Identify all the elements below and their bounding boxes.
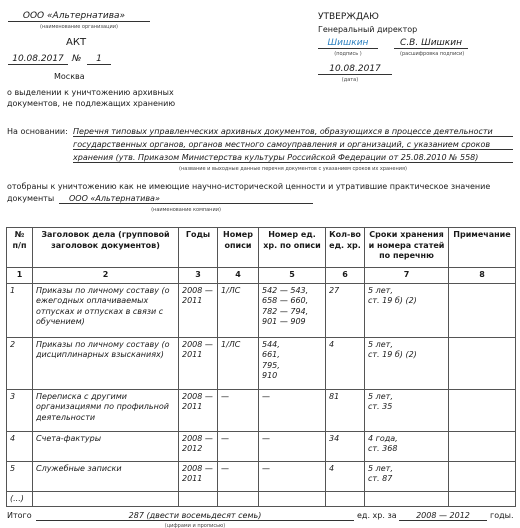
table-row: (...) <box>7 491 516 507</box>
column-number: 6 <box>326 268 365 284</box>
row-title: Служебные записки <box>33 461 179 491</box>
date-caption: (дата) <box>318 77 382 83</box>
row-note <box>449 389 516 431</box>
column-number: 3 <box>179 268 218 284</box>
column-number: 7 <box>365 268 449 284</box>
total-units-label: ед. хр. за <box>357 511 397 520</box>
total-period: 2008 — 2012 <box>399 511 487 521</box>
number-sign: № <box>72 54 81 64</box>
column-number: 5 <box>259 268 326 284</box>
header-term: Сроки хранения и номера статей по перечн… <box>365 228 449 268</box>
act-number: 1 <box>87 54 111 65</box>
column-number: 8 <box>449 268 516 284</box>
basis-line2: государственных органов, органов местног… <box>73 140 513 150</box>
row-term <box>365 491 449 507</box>
row-count: 81 <box>326 389 365 431</box>
row-inventory: — <box>218 461 259 491</box>
organization-caption: (наименование организации) <box>8 24 150 30</box>
row-note <box>449 337 516 389</box>
column-numbers-row: 1 2 3 4 5 6 7 8 <box>7 268 516 284</box>
header-title: Заголовок дела (групповой заголовок доку… <box>33 228 179 268</box>
row-number: 4 <box>7 431 33 461</box>
row-years: 2008 — 2011 <box>179 283 218 337</box>
row-term: 4 года, ст. 368 <box>365 431 449 461</box>
row-count: 4 <box>326 461 365 491</box>
basis-line3: хранения (утв. Приказом Министерства кул… <box>73 153 513 163</box>
selection-label: документы <box>7 194 54 203</box>
documents-table: № п/п Заголовок дела (групповой заголово… <box>6 227 516 507</box>
row-count: 4 <box>326 337 365 389</box>
row-number: 1 <box>7 283 33 337</box>
row-units: — <box>259 461 326 491</box>
row-note <box>449 491 516 507</box>
row-inventory <box>218 491 259 507</box>
row-units: — <box>259 431 326 461</box>
act-subject-line1: о выделении к уничтожению архивных <box>7 88 174 97</box>
basis-caption: (название и выходные данные перечня доку… <box>73 166 513 172</box>
document-type: АКТ <box>66 37 86 48</box>
row-years: 2008 — 2011 <box>179 389 218 431</box>
row-years: 2008 — 2011 <box>179 337 218 389</box>
row-term: 5 лет, ст. 87 <box>365 461 449 491</box>
row-term: 5 лет, ст. 19 б) (2) <box>365 283 449 337</box>
act-date: 10.08.2017 <box>8 54 68 65</box>
column-number: 1 <box>7 268 33 284</box>
table-row: 5Служебные записки2008 — 2011——45 лет, с… <box>7 461 516 491</box>
row-units <box>259 491 326 507</box>
total-value: 287 (двести восемьдесят семь) <box>36 511 354 521</box>
table-header-row: № п/п Заголовок дела (групповой заголово… <box>7 228 516 268</box>
total-years-label: годы. <box>490 511 514 520</box>
total-label: Итого <box>7 511 32 520</box>
row-term: 5 лет, ст. 35 <box>365 389 449 431</box>
row-years: 2008 — 2011 <box>179 461 218 491</box>
selection-text: отобраны к уничтожению как не имеющие на… <box>7 182 490 191</box>
row-units: — <box>259 389 326 431</box>
decoded-caption: (расшифровка подписи) <box>394 51 490 57</box>
table-row: 4Счета-фактуры2008 — 2012——344 года, ст.… <box>7 431 516 461</box>
row-count <box>326 491 365 507</box>
column-number: 2 <box>33 268 179 284</box>
header-units: Номер ед. хр. по описи <box>259 228 326 268</box>
basis-label: На основании: <box>7 127 68 136</box>
selection-company: ООО «Альтернатива» <box>59 194 313 204</box>
signature-caption: (подпись ) <box>318 51 378 57</box>
row-note <box>449 431 516 461</box>
table-row: 1Приказы по личному составу (о ежегодных… <box>7 283 516 337</box>
row-number: 2 <box>7 337 33 389</box>
row-number: (...) <box>7 491 33 507</box>
row-units: 542 — 543, 658 — 660, 782 — 794, 901 — 9… <box>259 283 326 337</box>
header-number: № п/п <box>7 228 33 268</box>
approval-date: 10.08.2017 <box>318 64 392 75</box>
header-note: Примечание <box>449 228 516 268</box>
row-note <box>449 461 516 491</box>
row-title: Счета-фактуры <box>33 431 179 461</box>
row-inventory: — <box>218 431 259 461</box>
row-years: 2008 — 2012 <box>179 431 218 461</box>
total-caption: (цифрами и прописью) <box>36 523 354 528</box>
basis-line1: Перечня типовых управленческих архивных … <box>73 127 513 137</box>
row-note <box>449 283 516 337</box>
approve-heading: УТВЕРЖДАЮ <box>318 12 379 22</box>
table-row: 3Переписка с другими организациями по пр… <box>7 389 516 431</box>
header-inventory: Номер описи <box>218 228 259 268</box>
act-subject-line2: документов, не подлежащих хранению <box>7 99 175 108</box>
signature-decoded: С.В. Шишкин <box>394 38 468 49</box>
act-city: Москва <box>54 72 85 81</box>
header-years: Годы <box>179 228 218 268</box>
row-title <box>33 491 179 507</box>
row-number: 5 <box>7 461 33 491</box>
row-inventory: 1/ЛС <box>218 283 259 337</box>
row-count: 34 <box>326 431 365 461</box>
director-position: Генеральный директор <box>318 25 417 34</box>
row-number: 3 <box>7 389 33 431</box>
row-title: Приказы по личному составу (о ежегодных … <box>33 283 179 337</box>
selection-caption: (наименование компании) <box>59 207 313 213</box>
row-title: Переписка с другими организациями по про… <box>33 389 179 431</box>
row-inventory: 1/ЛС <box>218 337 259 389</box>
table-row: 2Приказы по личному составу (о дисциплин… <box>7 337 516 389</box>
row-years <box>179 491 218 507</box>
director-signature: Шишкин <box>318 38 378 49</box>
row-title: Приказы по личному составу (о дисциплина… <box>33 337 179 389</box>
row-inventory: — <box>218 389 259 431</box>
header-count: Кол-во ед. хр. <box>326 228 365 268</box>
row-count: 27 <box>326 283 365 337</box>
row-term: 5 лет, ст. 19 б) (2) <box>365 337 449 389</box>
row-units: 544, 661, 795, 910 <box>259 337 326 389</box>
organization-name: ООО «Альтернатива» <box>8 11 150 22</box>
column-number: 4 <box>218 268 259 284</box>
